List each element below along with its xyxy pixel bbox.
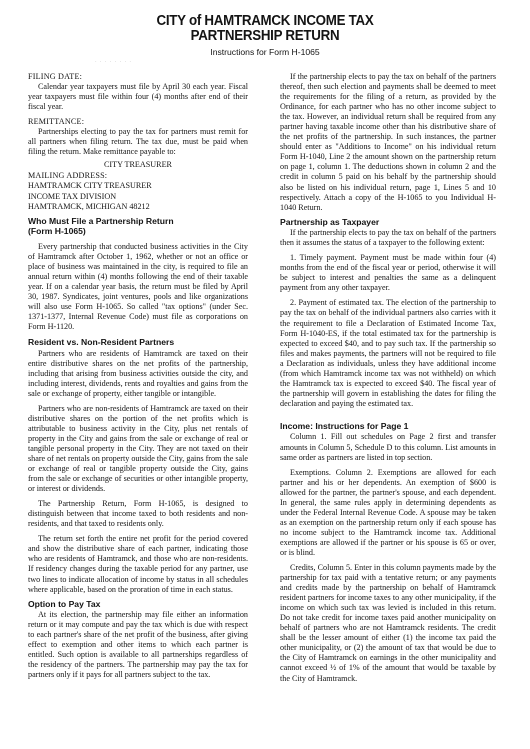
income-credits-text: Credits, Column 5. Enter in this column …	[280, 563, 496, 684]
income-exemptions-text: Exemptions. Column 2. Exemptions are all…	[280, 468, 496, 558]
remittance-payee: CITY TREASURER	[28, 160, 248, 170]
remittance-text: Partnerships electing to pay the tax for…	[28, 127, 248, 157]
mailing-address-line1: HAMTRAMCK CITY TREASURER	[28, 181, 248, 191]
document-title-line2: PARTNERSHIP RETURN	[21, 29, 509, 44]
income-heading: Income: Instructions for Page 1	[280, 421, 496, 432]
resident-paragraph-2: Partners who are non-residents of Hamtra…	[28, 404, 248, 494]
taxpayer-item-2: 2. Payment of estimated tax. The electio…	[280, 298, 496, 409]
income-column1-text: Column 1. Fill out schedules on Page 2 f…	[280, 432, 496, 462]
option-heading: Option to Pay Tax	[28, 599, 248, 610]
who-must-file-heading-line1: Who Must File a Partnership Return	[28, 216, 174, 226]
resident-paragraph-3: The Partnership Return, Form H-1065, is …	[28, 499, 248, 529]
filing-date-label: FILING DATE:	[28, 72, 248, 82]
mailing-address-line2: INCOME TAX DIVISION	[28, 192, 248, 202]
right-column: If the partnership elects to pay the tax…	[280, 72, 496, 684]
mailing-address-label: MAILING ADDRESS:	[28, 171, 248, 181]
remittance-label: REMITTANCE:	[28, 117, 248, 127]
taxpayer-heading: Partnership as Taxpayer	[280, 217, 496, 228]
taxpayer-text: If the partnership elects to pay the tax…	[280, 228, 496, 248]
who-must-file-heading-line2: (Form H-1065)	[28, 226, 86, 236]
election-intro-text: If the partnership elects to pay the tax…	[280, 72, 496, 213]
mailing-address-line3: HAMTRAMCK, MICHIGAN 48212	[28, 202, 248, 212]
option-text: At its election, the partnership may fil…	[28, 610, 248, 680]
who-must-file-text: Every partnership that conducted busines…	[28, 242, 248, 332]
document-header: CITY of HAMTRAMCK INCOME TAX PARTNERSHIP…	[0, 14, 530, 57]
who-must-file-heading: Who Must File a Partnership Return (Form…	[28, 216, 248, 237]
document-subtitle: Instructions for Form H-1065	[0, 47, 530, 57]
taxpayer-item-1: 1. Timely payment. Payment must be made …	[280, 253, 496, 293]
left-column: FILING DATE: Calendar year taxpayers mus…	[28, 72, 248, 680]
resident-paragraph-1: Partners who are residents of Hamtramck …	[28, 349, 248, 399]
mailing-address: MAILING ADDRESS: HAMTRAMCK CITY TREASURE…	[28, 171, 248, 211]
scan-speckle: · · · · · · · ·	[95, 60, 132, 65]
document-title-line1: CITY of HAMTRAMCK INCOME TAX	[21, 14, 509, 29]
resident-heading: Resident vs. Non-Resident Partners	[28, 337, 248, 348]
resident-paragraph-4: The return set forth the entire net prof…	[28, 534, 248, 594]
filing-date-text: Calendar year taxpayers must file by Apr…	[28, 82, 248, 112]
